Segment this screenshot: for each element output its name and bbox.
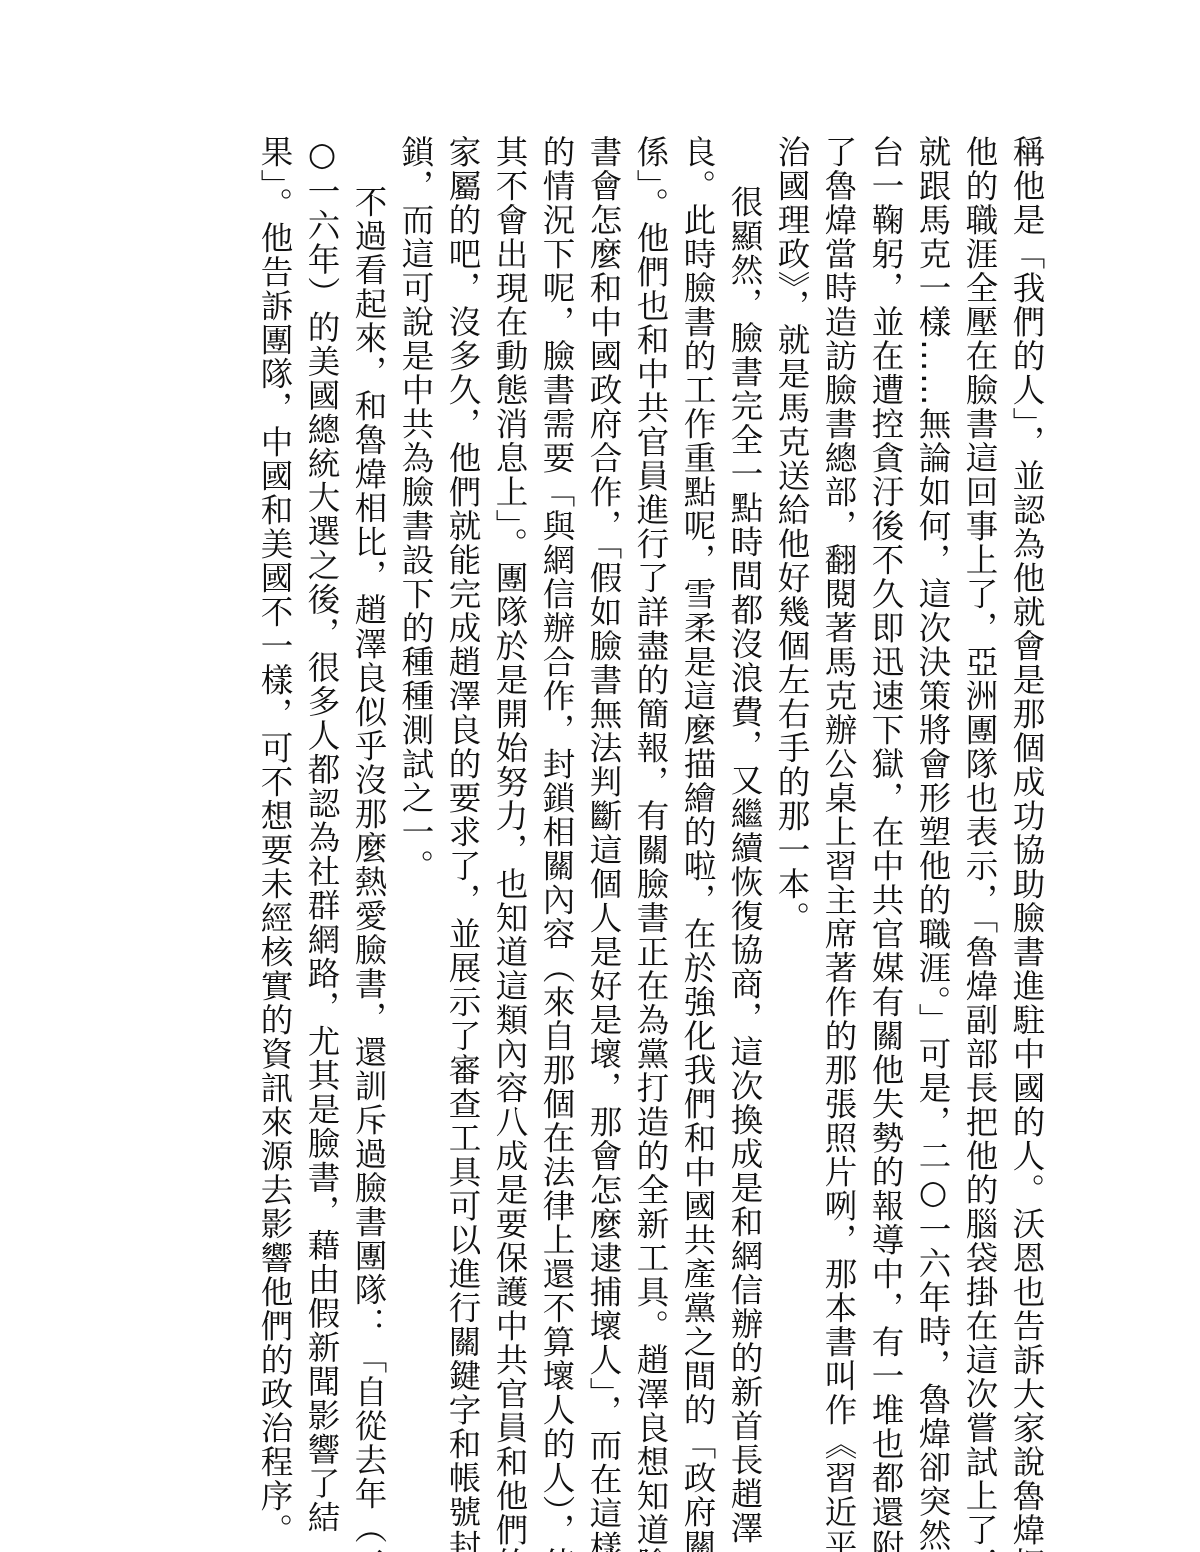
- text-column-1: 稱他是「我們的人」，並認為他就會是那個成功協助臉書進駐中國的人。沃恩也告訴大家說…: [1003, 135, 1050, 1435]
- text-column-3: 就跟馬克一樣……無論如何，這次決策將會形塑他的職涯。」可是，二○一六年時，魯煒卻…: [909, 135, 956, 1435]
- paragraph-start-column-7: 很顯然，臉書完全一點時間都沒浪費，又繼續恢復協商，這次換成是和網信辦的新首長趙澤: [721, 135, 768, 1435]
- vertical-text-body: 稱他是「我們的人」，並認為他就會是那個成功協助臉書進駐中國的人。沃恩也告訴大家說…: [251, 135, 1050, 1435]
- text-column-5: 了魯煒當時造訪臉書總部，翻閱著馬克辦公桌上習主席著作的那張照片咧，那本書叫作《習…: [815, 135, 862, 1435]
- text-column-10: 書會怎麼和中國政府合作，「假如臉書無法判斷這個人是好是壞，那會怎麼逮捕壞人」，而…: [580, 135, 627, 1435]
- paragraph-start-column-15: 不過看起來，和魯煒相比，趙澤良似乎沒那麼熱愛臉書，還訓斥過臉書團隊：「自從去年（…: [345, 135, 392, 1435]
- text-column-4: 台一鞠躬，並在遭控貪汙後不久即迅速下獄，在中共官媒有關他失勢的報導中，有一堆也都…: [862, 135, 909, 1435]
- text-column-11: 的情況下呢，臉書需要「與網信辦合作，封鎖相關內容（來自那個在法律上還不算壞人的人…: [533, 135, 580, 1435]
- text-column-8: 良。此時臉書的工作重點呢，雪柔是這麼描繪的啦，在於強化我們和中國共產黨之間的「政…: [674, 135, 721, 1435]
- text-column-13: 家屬的吧，沒多久，他們就能完成趙澤良的要求了，並展示了審查工具可以進行關鍵字和帳…: [439, 135, 486, 1435]
- text-column-9: 係」。他們也和中共官員進行了詳盡的簡報，有關臉書正在為黨打造的全新工具。趙澤良想…: [627, 135, 674, 1435]
- text-column-12: 其不會出現在動態消息上」。團隊於是開始努力，也知道這類內容八成是要保護中共官員和…: [486, 135, 533, 1435]
- text-column-2: 他的職涯全壓在臉書這回事上了，亞洲團隊也表示，「魯煒副部長把他的腦袋掛在這次嘗試…: [956, 135, 1003, 1435]
- document-page: 稱他是「我們的人」，並認為他就會是那個成功協助臉書進駐中國的人。沃恩也告訴大家說…: [0, 0, 1200, 1552]
- text-column-17: 果」。他告訴團隊，中國和美國不一樣，可不想要未經核實的資訊來源去影響他們的政治程…: [251, 135, 298, 1435]
- text-column-14: 鎖，而這可說是中共為臉書設下的種種測試之一。: [392, 135, 439, 1435]
- text-column-16: ○一六年）的美國總統大選之後，很多人都認為社群網路，尤其是臉書，藉由假新聞影響了…: [298, 135, 345, 1435]
- text-column-6: 治國理政》，就是馬克送給他好幾個左右手的那一本。: [768, 135, 815, 1435]
